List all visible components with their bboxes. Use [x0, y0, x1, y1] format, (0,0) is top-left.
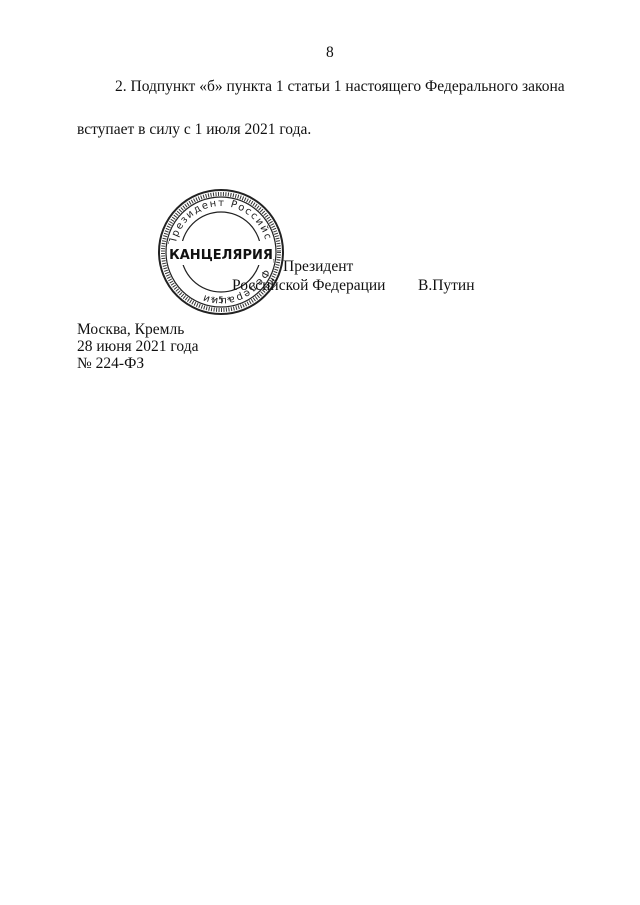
signatory-title-line-2: Российской Федерации — [232, 277, 385, 295]
official-seal-stamp: Президент Российской Федерации КАНЦЕЛЯРИ… — [155, 186, 287, 318]
page-number: 8 — [326, 44, 334, 62]
signatory-title-line-1: Президент — [283, 258, 353, 276]
paragraph-line-2: вступает в силу с 1 июля 2021 года. — [77, 121, 311, 139]
law-number: № 224-ФЗ — [77, 355, 144, 373]
stamp-center-text: КАНЦЕЛЯРИЯ — [169, 248, 273, 263]
stamp-bottom-text: * 5 * — [211, 296, 232, 306]
date-of-signing: 28 июня 2021 года — [77, 338, 198, 356]
paragraph-line-1: 2. Подпункт «б» пункта 1 статьи 1 настоя… — [115, 78, 565, 96]
signatory-name: В.Путин — [418, 277, 475, 295]
place-of-signing: Москва, Кремль — [77, 321, 184, 339]
